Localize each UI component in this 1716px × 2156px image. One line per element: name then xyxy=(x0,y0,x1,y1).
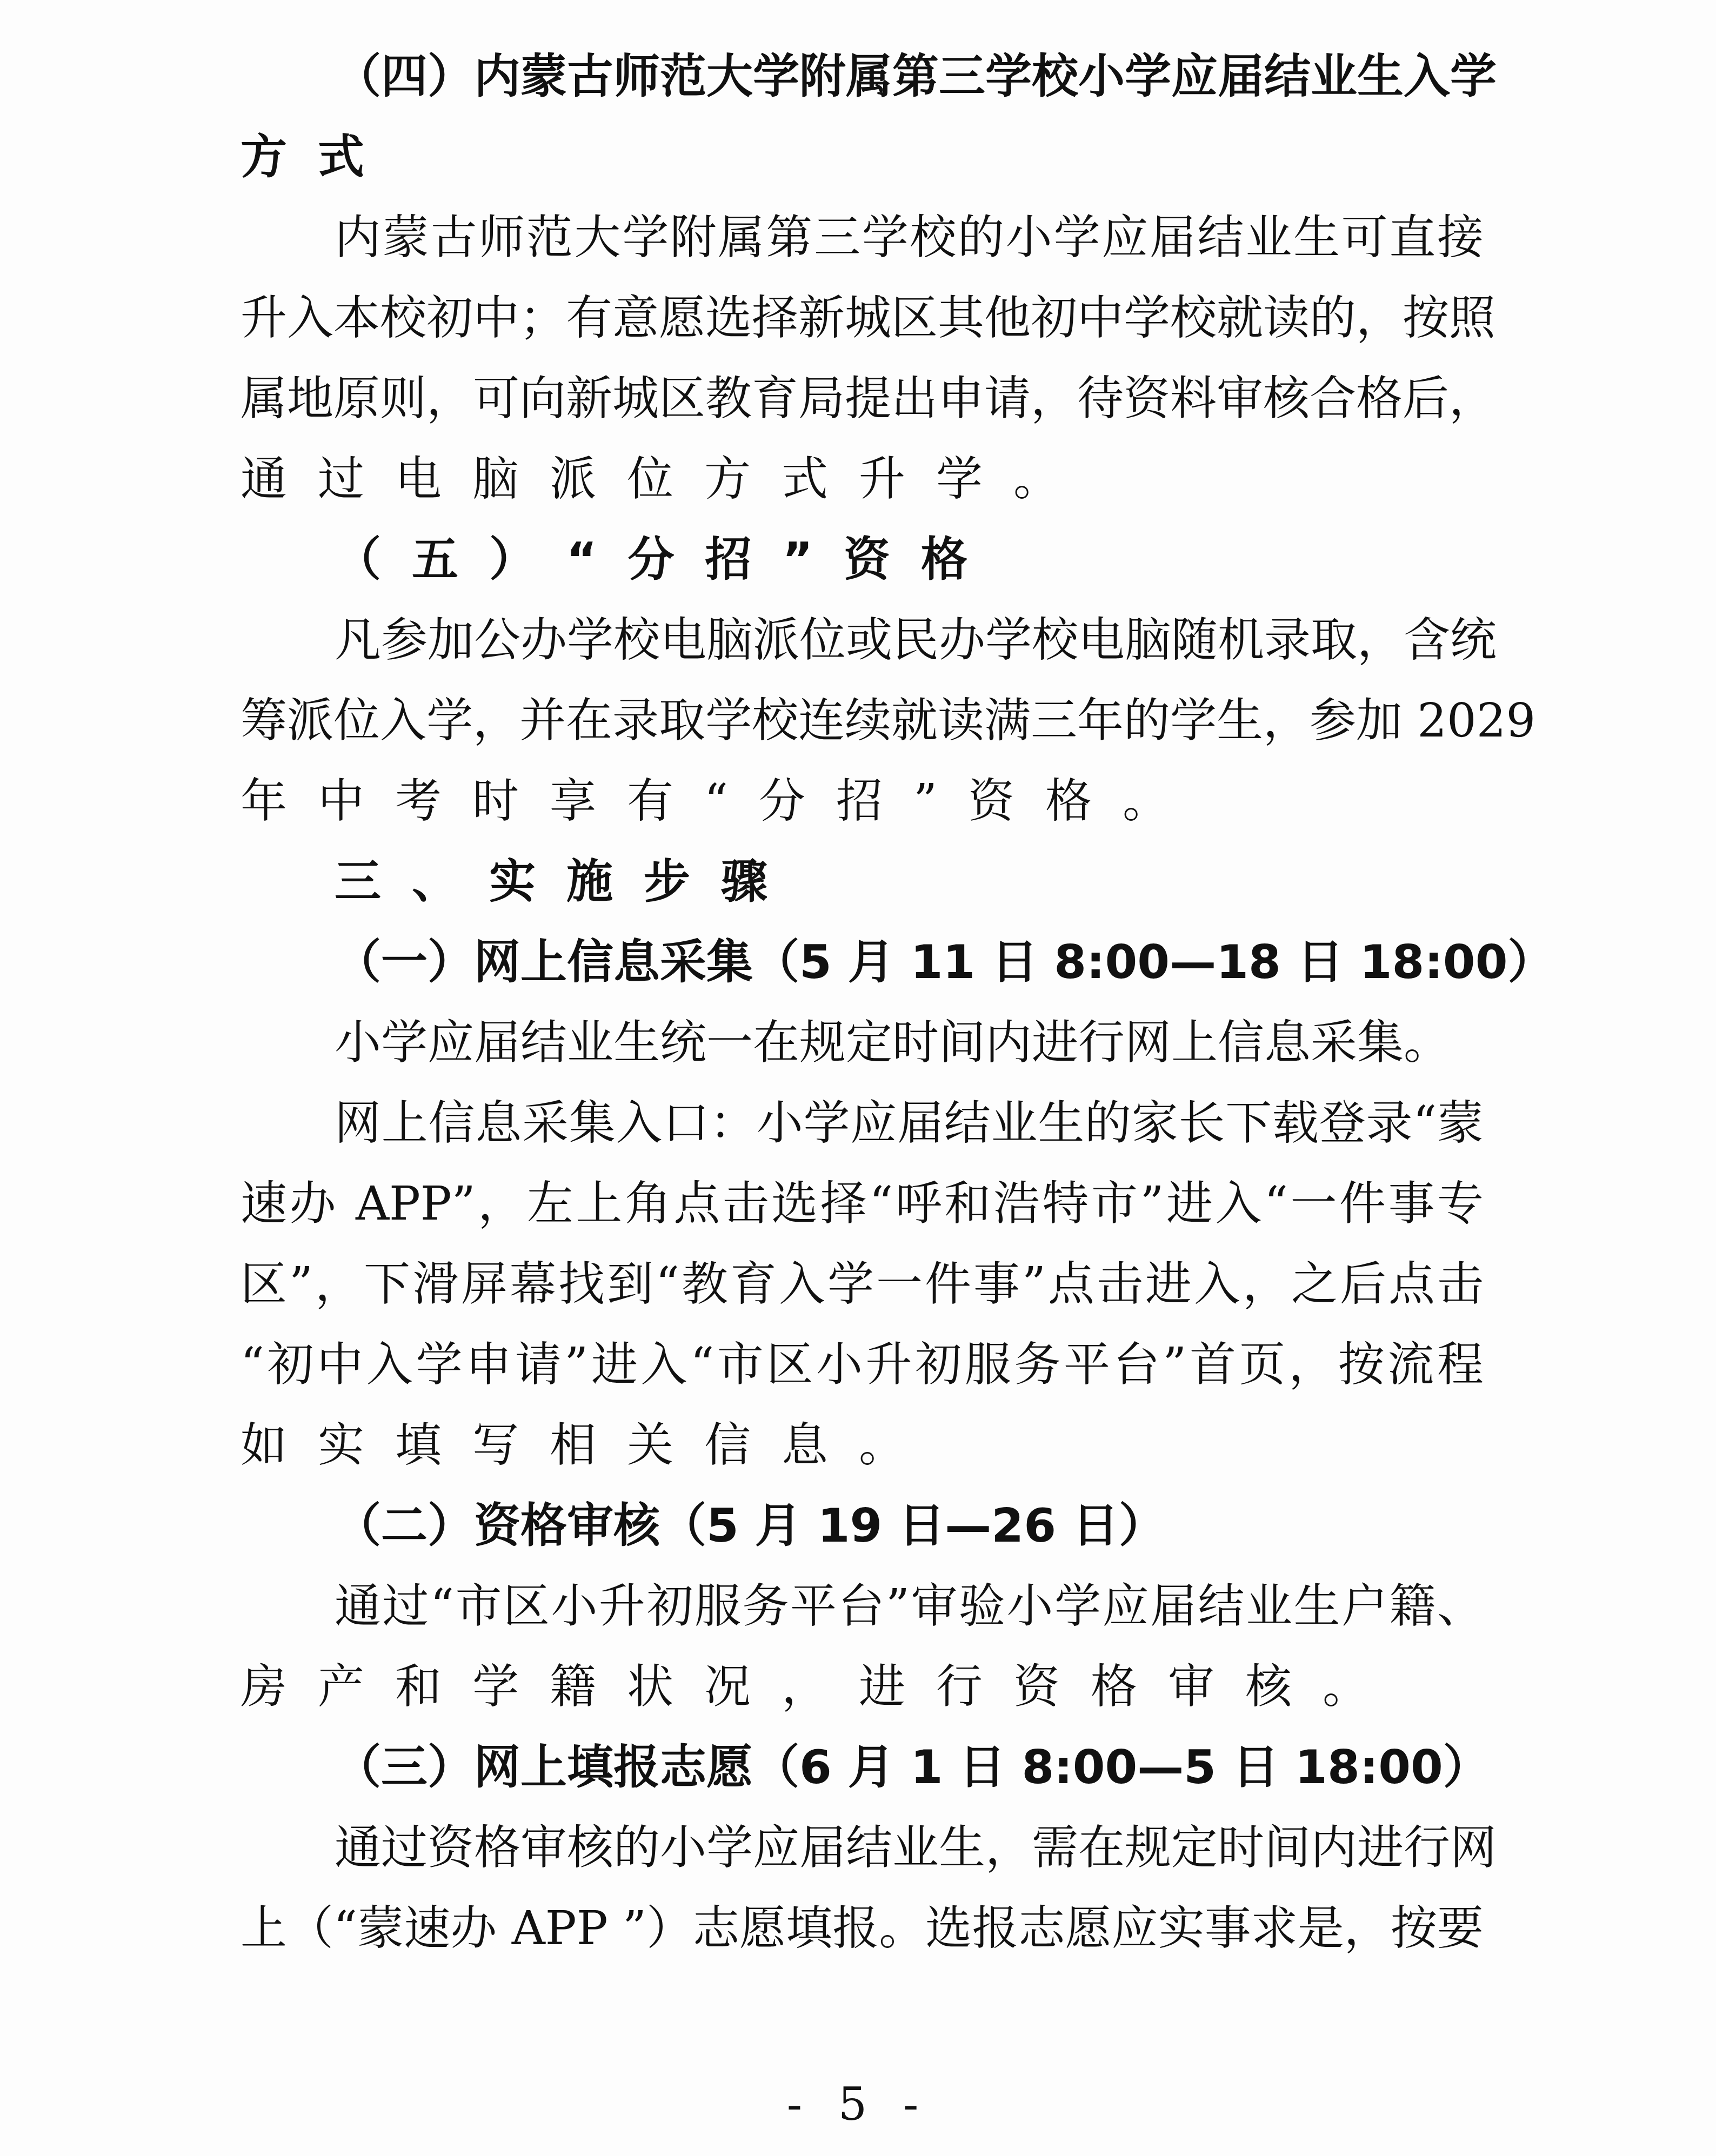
paragraph-line: 凡参加公办学校电脑派位或民办学校电脑随机录取，含统 xyxy=(241,600,1484,681)
section-heading-line: 三、实施步骤 xyxy=(241,842,1484,922)
page-number: - 5 - xyxy=(0,2078,1716,2131)
paragraph-line: 筹派位入学，并在录取学校连续就读满三年的学生，参加 2029 xyxy=(241,681,1484,761)
document-page: （四）内蒙古师范大学附属第三学校小学应届结业生入学方式内蒙古师范大学附属第三学校… xyxy=(0,0,1716,2156)
section-heading-line: 方式 xyxy=(241,117,1484,198)
paragraph-line: 上（“蒙速办 APP ”）志愿填报。选报志愿应实事求是，按要 xyxy=(241,1889,1484,1969)
paragraph-line: 房产和学籍状况，进行资格审核。 xyxy=(241,1647,1484,1728)
paragraph-line: 区”，下滑屏幕找到“教育入学一件事”点击进入，之后点击 xyxy=(241,1244,1484,1325)
paragraph-line: 通过“市区小升初服务平台”审验小学应届结业生户籍、 xyxy=(241,1566,1484,1647)
paragraph-line: 如实填写相关信息。 xyxy=(241,1405,1484,1486)
paragraph-line: 通过电脑派位方式升学。 xyxy=(241,439,1484,520)
paragraph-line: “初中入学申请”进入“市区小升初服务平台”首页，按流程 xyxy=(241,1325,1484,1405)
paragraph-line: 升入本校初中；有意愿选择新城区其他初中学校就读的，按照 xyxy=(241,278,1484,359)
paragraph-line: 内蒙古师范大学附属第三学校的小学应届结业生可直接 xyxy=(241,198,1484,278)
paragraph-line: 速办 APP”，左上角点击选择“呼和浩特市”进入“一件事专 xyxy=(241,1164,1484,1244)
section-heading-line: （四）内蒙古师范大学附属第三学校小学应届结业生入学 xyxy=(241,37,1484,117)
paragraph-line: 小学应届结业生统一在规定时间内进行网上信息采集。 xyxy=(241,1003,1484,1083)
document-body: （四）内蒙古师范大学附属第三学校小学应届结业生入学方式内蒙古师范大学附属第三学校… xyxy=(241,37,1484,1969)
section-heading-line: （五）“分招”资格 xyxy=(241,520,1484,600)
paragraph-line: 属地原则，可向新城区教育局提出申请，待资料审核合格后， xyxy=(241,359,1484,439)
section-heading-line: （二）资格审核（5 月 19 日—26 日） xyxy=(241,1486,1484,1566)
paragraph-line: 年中考时享有“分招”资格。 xyxy=(241,761,1484,842)
section-heading-line: （一）网上信息采集（5 月 11 日 8:00—18 日 18:00） xyxy=(241,922,1484,1003)
section-heading-line: （三）网上填报志愿（6 月 1 日 8:00—5 日 18:00） xyxy=(241,1728,1484,1808)
paragraph-line: 网上信息采集入口：小学应届结业生的家长下载登录“蒙 xyxy=(241,1083,1484,1164)
paragraph-line: 通过资格审核的小学应届结业生，需在规定时间内进行网 xyxy=(241,1808,1484,1889)
